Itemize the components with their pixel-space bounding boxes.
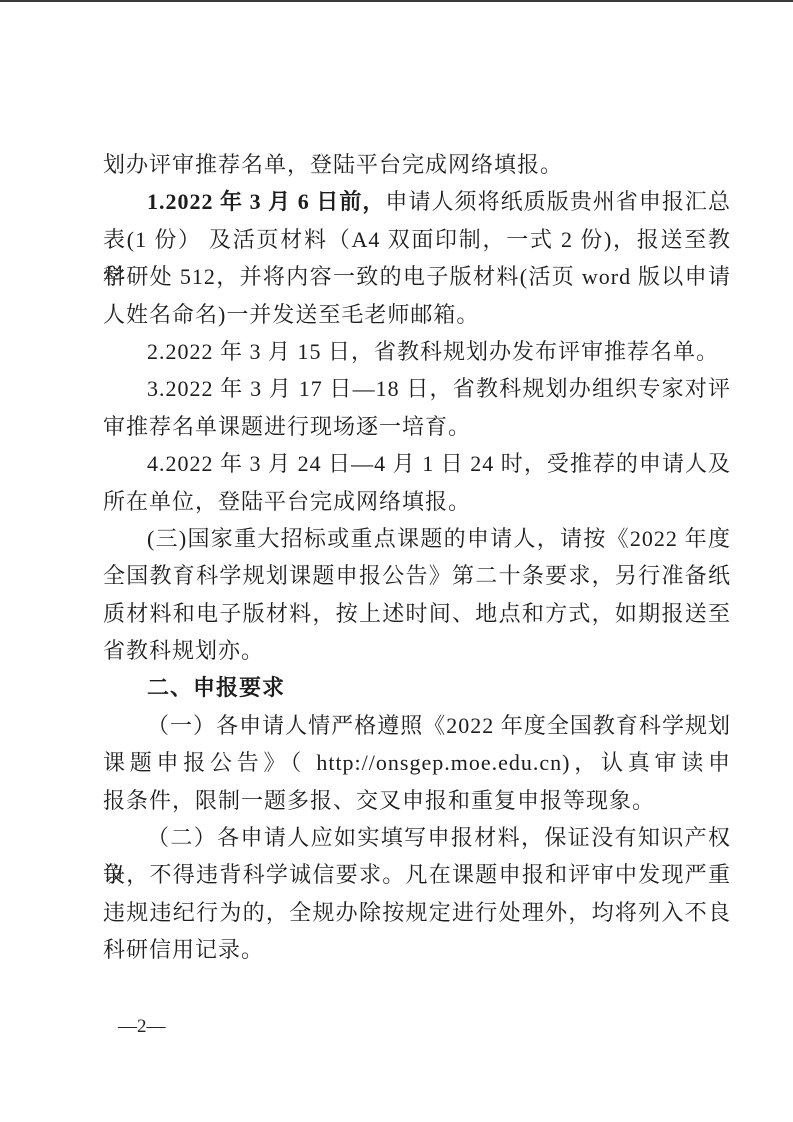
document-line: 质材料和电子版材料，按上述时间、地点和方式，如期报送至	[103, 595, 731, 632]
section-heading: 二、申报要求	[103, 669, 731, 706]
document-line: 科研处 512，并将内容一致的电子版材料(活页 word 版以申请	[103, 258, 731, 295]
document-line: 划办评审推荐名单，登陆平台完成网络填报。	[103, 146, 731, 183]
document-line: 省教科规划亦。	[103, 632, 731, 669]
document-line: 4.2022 年 3 月 24 日—4 月 1 日 24 时，受推荐的申请人及	[103, 445, 731, 482]
page-number: —2—	[118, 1016, 166, 1038]
document-line: 表(1 份） 及活页材料（A4 双面印制，一式 2 份)，报送至教学	[103, 221, 731, 258]
document-line: 违规违纪行为的，全规办除按规定进行处理外，均将列入不良	[103, 894, 731, 931]
document-line: （一）各申请人情严格遵照《2022 年度全国教育科学规划	[103, 707, 731, 744]
document-line: 科研信用记录。	[103, 931, 731, 968]
document-line: 课题申报公告》（ http://onsgep.moe.edu.cn)，认真审读申	[103, 744, 731, 781]
document-line: 3.2022 年 3 月 17 日—18 日，省教科规划办组织专家对评	[103, 370, 731, 407]
document-line: 所在单位，登陆平台完成网络填报。	[103, 483, 731, 520]
document-line: 审推荐名单课题进行现场逐一培育。	[103, 408, 731, 445]
document-line: （二）各申请人应如实填写申报材料，保证没有知识产权争	[103, 819, 731, 856]
document-line: 报条件，限制一题多报、交叉申报和重复申报等现象。	[103, 782, 731, 819]
document-line: 议，不得违背科学诚信要求。凡在课题申报和评审中发现严重	[103, 856, 731, 893]
document-line: 2.2022 年 3 月 15 日，省教科规划办发布评审推荐名单。	[103, 333, 731, 370]
document-line: 1.2022 年 3 月 6 日前，申请人须将纸质版贵州省申报汇总	[103, 183, 731, 220]
document-text-block: 划办评审推荐名单，登陆平台完成网络填报。 1.2022 年 3 月 6 日前，申…	[103, 146, 731, 969]
scan-edge-artifact	[0, 0, 793, 2]
document-line: 全国教育科学规划课题申报公告》第二十条要求，另行准备纸	[103, 557, 731, 594]
document-line: (三)国家重大招标或重点课题的申请人，请按《2022 年度	[103, 520, 731, 557]
document-line: 人姓名命名)一并发送至毛老师邮箱。	[103, 296, 731, 333]
